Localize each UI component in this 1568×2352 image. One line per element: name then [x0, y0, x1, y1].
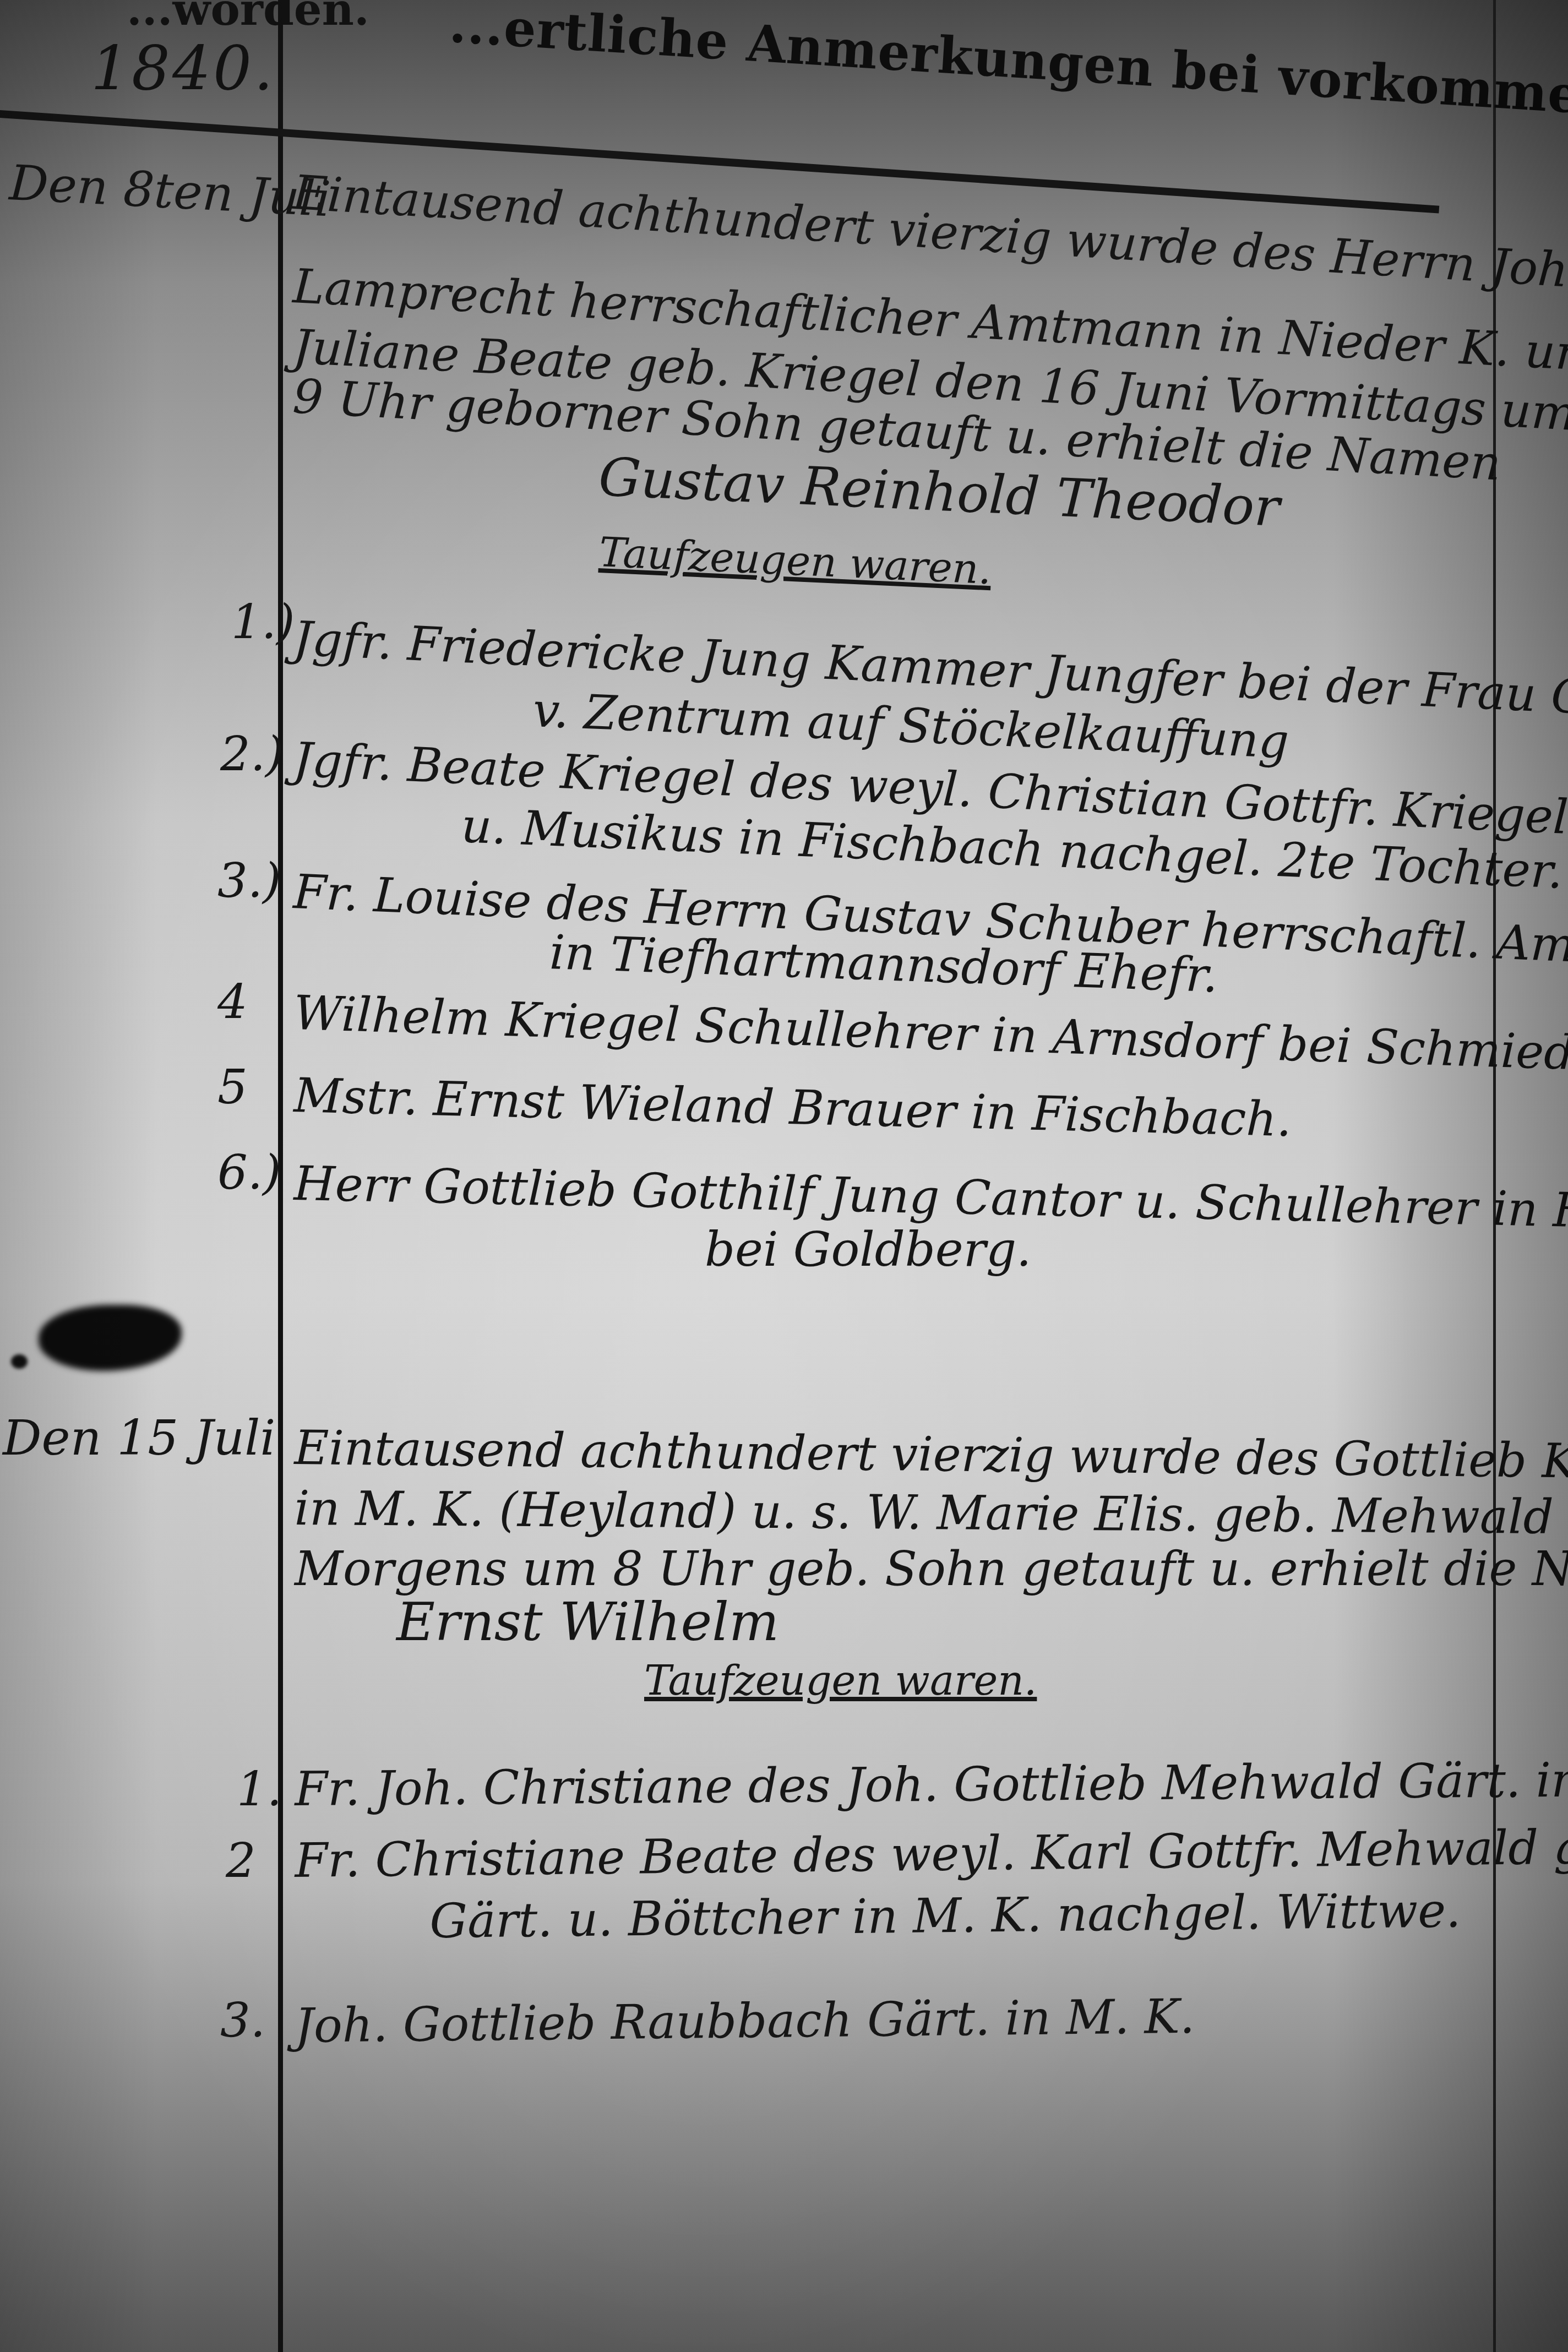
register-year: 1840. — [91, 33, 275, 104]
sponsor-number: 1.) — [231, 595, 295, 650]
sponsor-line: Joh. Gottlieb Raubbach Gärt. in M. K. — [295, 1989, 1195, 2054]
ink-spot — [11, 1354, 28, 1369]
sponsor-number: 6.) — [217, 1145, 281, 1200]
sponsor-line: Fr. Joh. Christiane des Joh. Gottlieb Me… — [295, 1751, 1568, 1817]
entry-date: Den 15 Juli — [3, 1409, 275, 1466]
sponsor-number: 1. — [237, 1762, 282, 1817]
ink-blot — [39, 1305, 182, 1371]
sponsors-heading: Taufzeugen waren. — [644, 1657, 1037, 1705]
sponsor-number: 5 — [217, 1060, 248, 1115]
sponsor-line: Wilhelm Kriegel Schullehrer in Arnsdorf … — [293, 986, 1568, 1086]
sponsor-number: 2 — [226, 1833, 256, 1888]
sponsor-number: 4 — [217, 974, 248, 1030]
register-page: ...worden. 1840. ...ertliche Anmerkungen… — [0, 0, 1568, 2352]
sponsor-line: Gärt. u. Böttcher in M. K. nachgel. Witt… — [429, 1883, 1461, 1949]
sponsor-line: bei Goldberg. — [705, 1222, 1031, 1277]
entry-text-line: Morgens um 8 Uhr geb. Sohn getauft u. er… — [295, 1542, 1568, 1597]
sponsor-number: 2.) — [220, 727, 284, 782]
sponsor-number: 3. — [220, 1993, 265, 2048]
sponsor-line: Mstr. Ernst Wieland Brauer in Fischbach. — [293, 1068, 1293, 1147]
left-column-header: ...worden. — [127, 0, 369, 35]
entry-text-line: Eintausend achthundert vierzig wurde des… — [294, 1420, 1568, 1491]
entry-date: Den 8ten Juli — [8, 154, 332, 227]
child-name: Ernst Wilhelm — [396, 1591, 779, 1653]
sponsor-line: Fr. Christiane Beate des weyl. Karl Gott… — [295, 1819, 1568, 1888]
register-column-title: ...ertliche Anmerkungen bei vorkommenden… — [448, 0, 1568, 149]
sponsors-heading: Taufzeugen waren. — [598, 529, 993, 594]
sponsor-number: 3.) — [217, 853, 281, 908]
entry-text-line: in M. K. (Heyland) u. s. W. Marie Elis. … — [294, 1481, 1568, 1547]
